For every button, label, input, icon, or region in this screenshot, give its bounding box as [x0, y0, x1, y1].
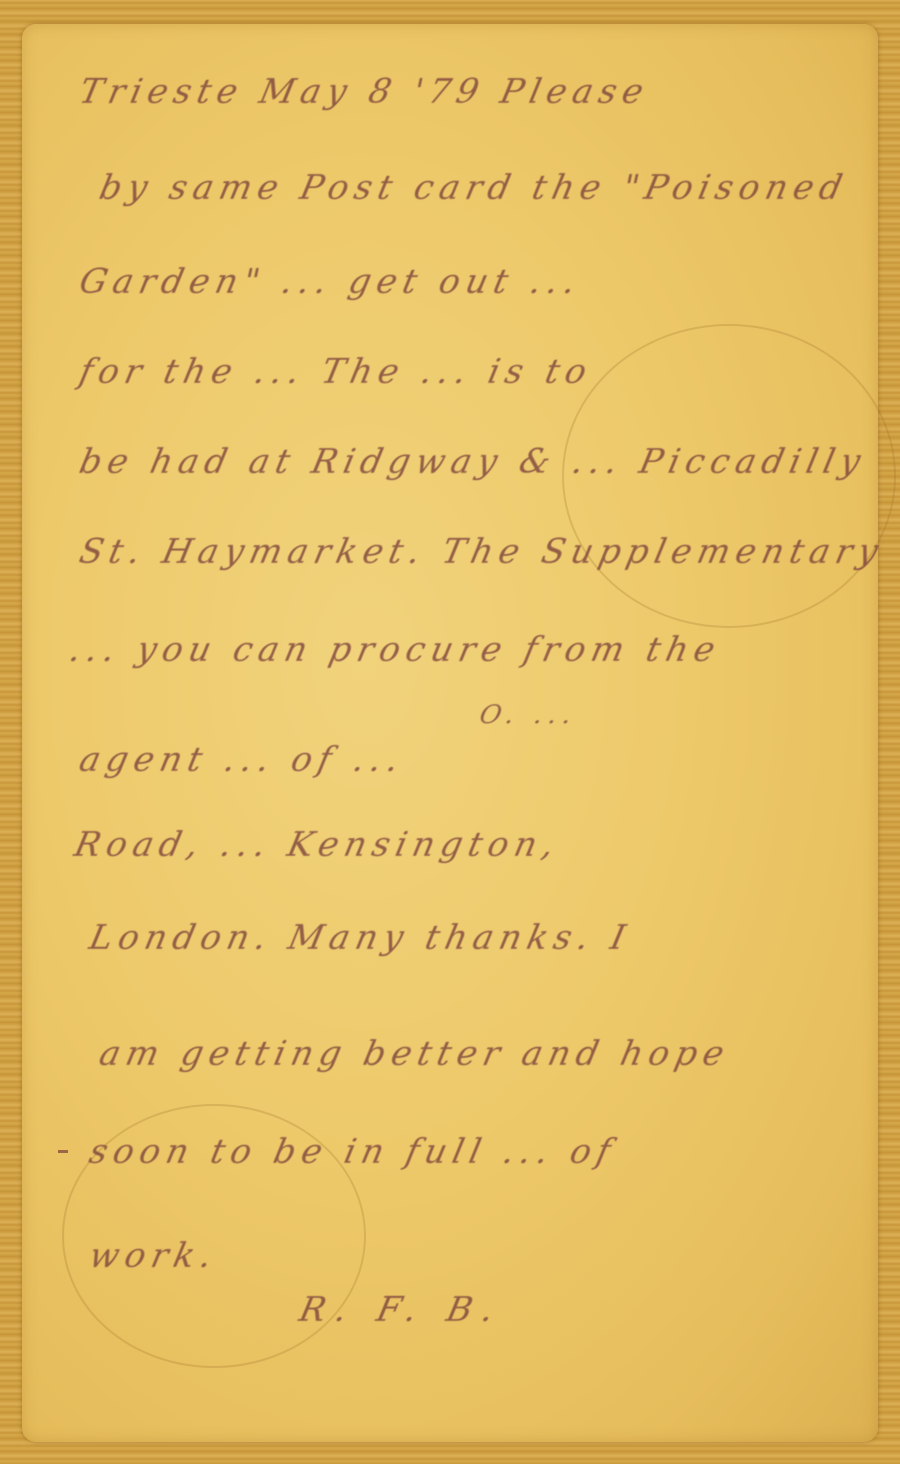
handwriting-line-10: London. Many thanks. I [86, 918, 635, 958]
handwriting-line-5: be had at Ridgway & ... Piccadilly [76, 442, 870, 482]
handwriting-insertion: O. ... [477, 700, 581, 730]
handwriting-line-4: for the ... The ... is to [76, 352, 596, 392]
handwriting-line-9: Road, ... Kensington, [71, 825, 564, 865]
handwriting-line-8: agent ... of ... [76, 740, 409, 780]
handwriting-line-1: Trieste May 8 '79 Please [76, 72, 653, 112]
signature: R. F. B. [296, 1290, 507, 1330]
handwriting-line-6: St. Haymarket. The Supplementary [76, 532, 888, 572]
handwriting-line-2: by same Post card the "Poisoned [96, 168, 852, 208]
handwriting-line-13: work. [86, 1236, 222, 1276]
margin-dash [58, 1150, 68, 1153]
handwriting-line-12: soon to be in full ... of [86, 1132, 620, 1172]
handwriting-line-11: am getting better and hope [96, 1034, 734, 1074]
postcard [22, 24, 878, 1442]
handwriting-line-3: Garden" ... get out ... [76, 262, 585, 302]
handwriting-line-7: ... you can procure from the [66, 630, 725, 670]
